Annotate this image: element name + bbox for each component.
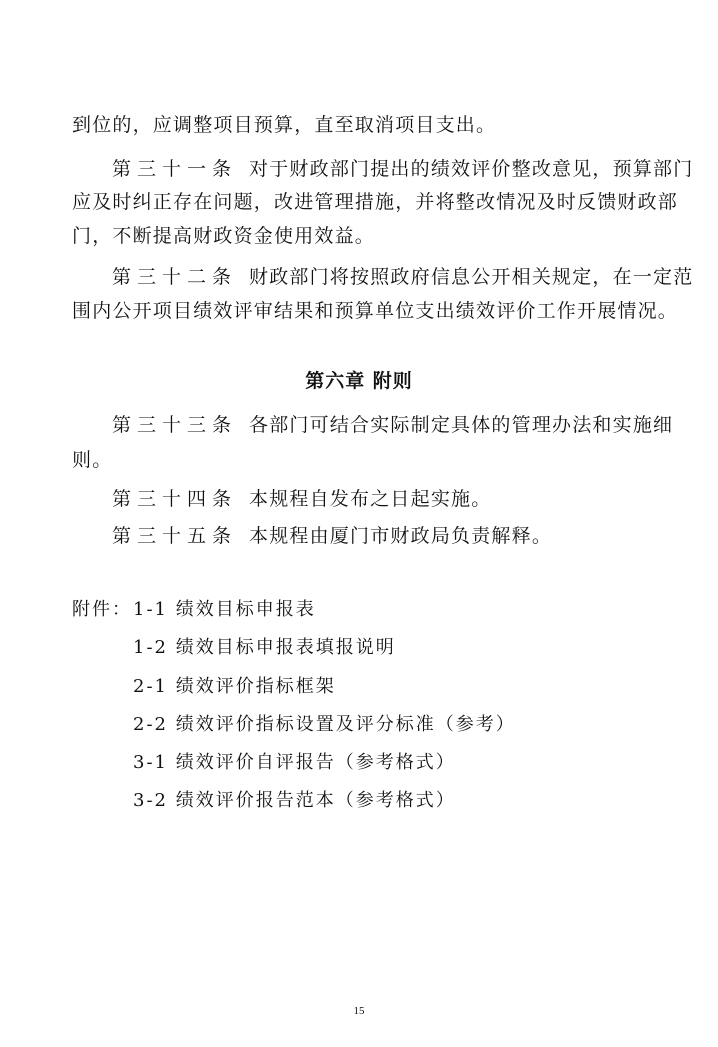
article-34: 第三十四条本规程自发布之日起实施。	[112, 487, 712, 511]
article-31-line-1: 第三十一条对于财政部门提出的绩效评价整改意见，预算部门	[112, 157, 712, 181]
article-number: 第三十五条	[112, 525, 237, 547]
article-31-line-2: 应及时纠正存在问题，改进管理措施，并将整改情况及时反馈财政部	[72, 190, 672, 214]
attachment-item: 1-2 绩效目标申报表填报说明	[133, 636, 396, 660]
article-31-line-3: 门，不断提高财政资金使用效益。	[72, 224, 672, 248]
chapter-heading: 第六章 附则	[0, 369, 718, 393]
article-number: 第三十二条	[112, 266, 237, 288]
attachments-label: 附件：	[72, 598, 132, 622]
article-text: 对于财政部门提出的绩效评价整改意见，预算部门	[249, 158, 693, 180]
article-33-line-2: 则。	[72, 448, 672, 472]
page-number: 15	[0, 1005, 718, 1017]
article-33-line-1: 第三十三条各部门可结合实际制定具体的管理办法和实施细	[112, 413, 712, 437]
article-35: 第三十五条本规程由厦门市财政局负责解释。	[112, 524, 712, 548]
article-number: 第三十一条	[112, 158, 237, 180]
article-32-line-2: 围内公开项目绩效评审结果和预算单位支出绩效评价工作开展情况。	[72, 299, 672, 323]
article-number: 第三十四条	[112, 488, 237, 510]
attachment-item: 2-1 绩效评价指标框架	[133, 675, 336, 699]
article-text: 财政部门将按照政府信息公开相关规定，在一定范	[249, 266, 693, 288]
paragraph-line: 到位的，应调整项目预算，直至取消项目支出。	[72, 113, 672, 137]
attachment-item: 3-1 绩效评价自评报告（参考格式）	[133, 751, 456, 775]
article-text: 各部门可结合实际制定具体的管理办法和实施细	[249, 414, 673, 436]
article-text: 本规程由厦门市财政局负责解释。	[249, 525, 552, 547]
article-32-line-1: 第三十二条财政部门将按照政府信息公开相关规定，在一定范	[112, 265, 712, 289]
attachment-item: 2-2 绩效评价指标设置及评分标准（参考）	[133, 713, 516, 737]
article-number: 第三十三条	[112, 414, 237, 436]
article-text: 本规程自发布之日起实施。	[249, 488, 491, 510]
attachment-item: 3-2 绩效评价报告范本（参考格式）	[133, 789, 456, 813]
attachment-item: 1-1 绩效目标申报表	[133, 598, 316, 622]
